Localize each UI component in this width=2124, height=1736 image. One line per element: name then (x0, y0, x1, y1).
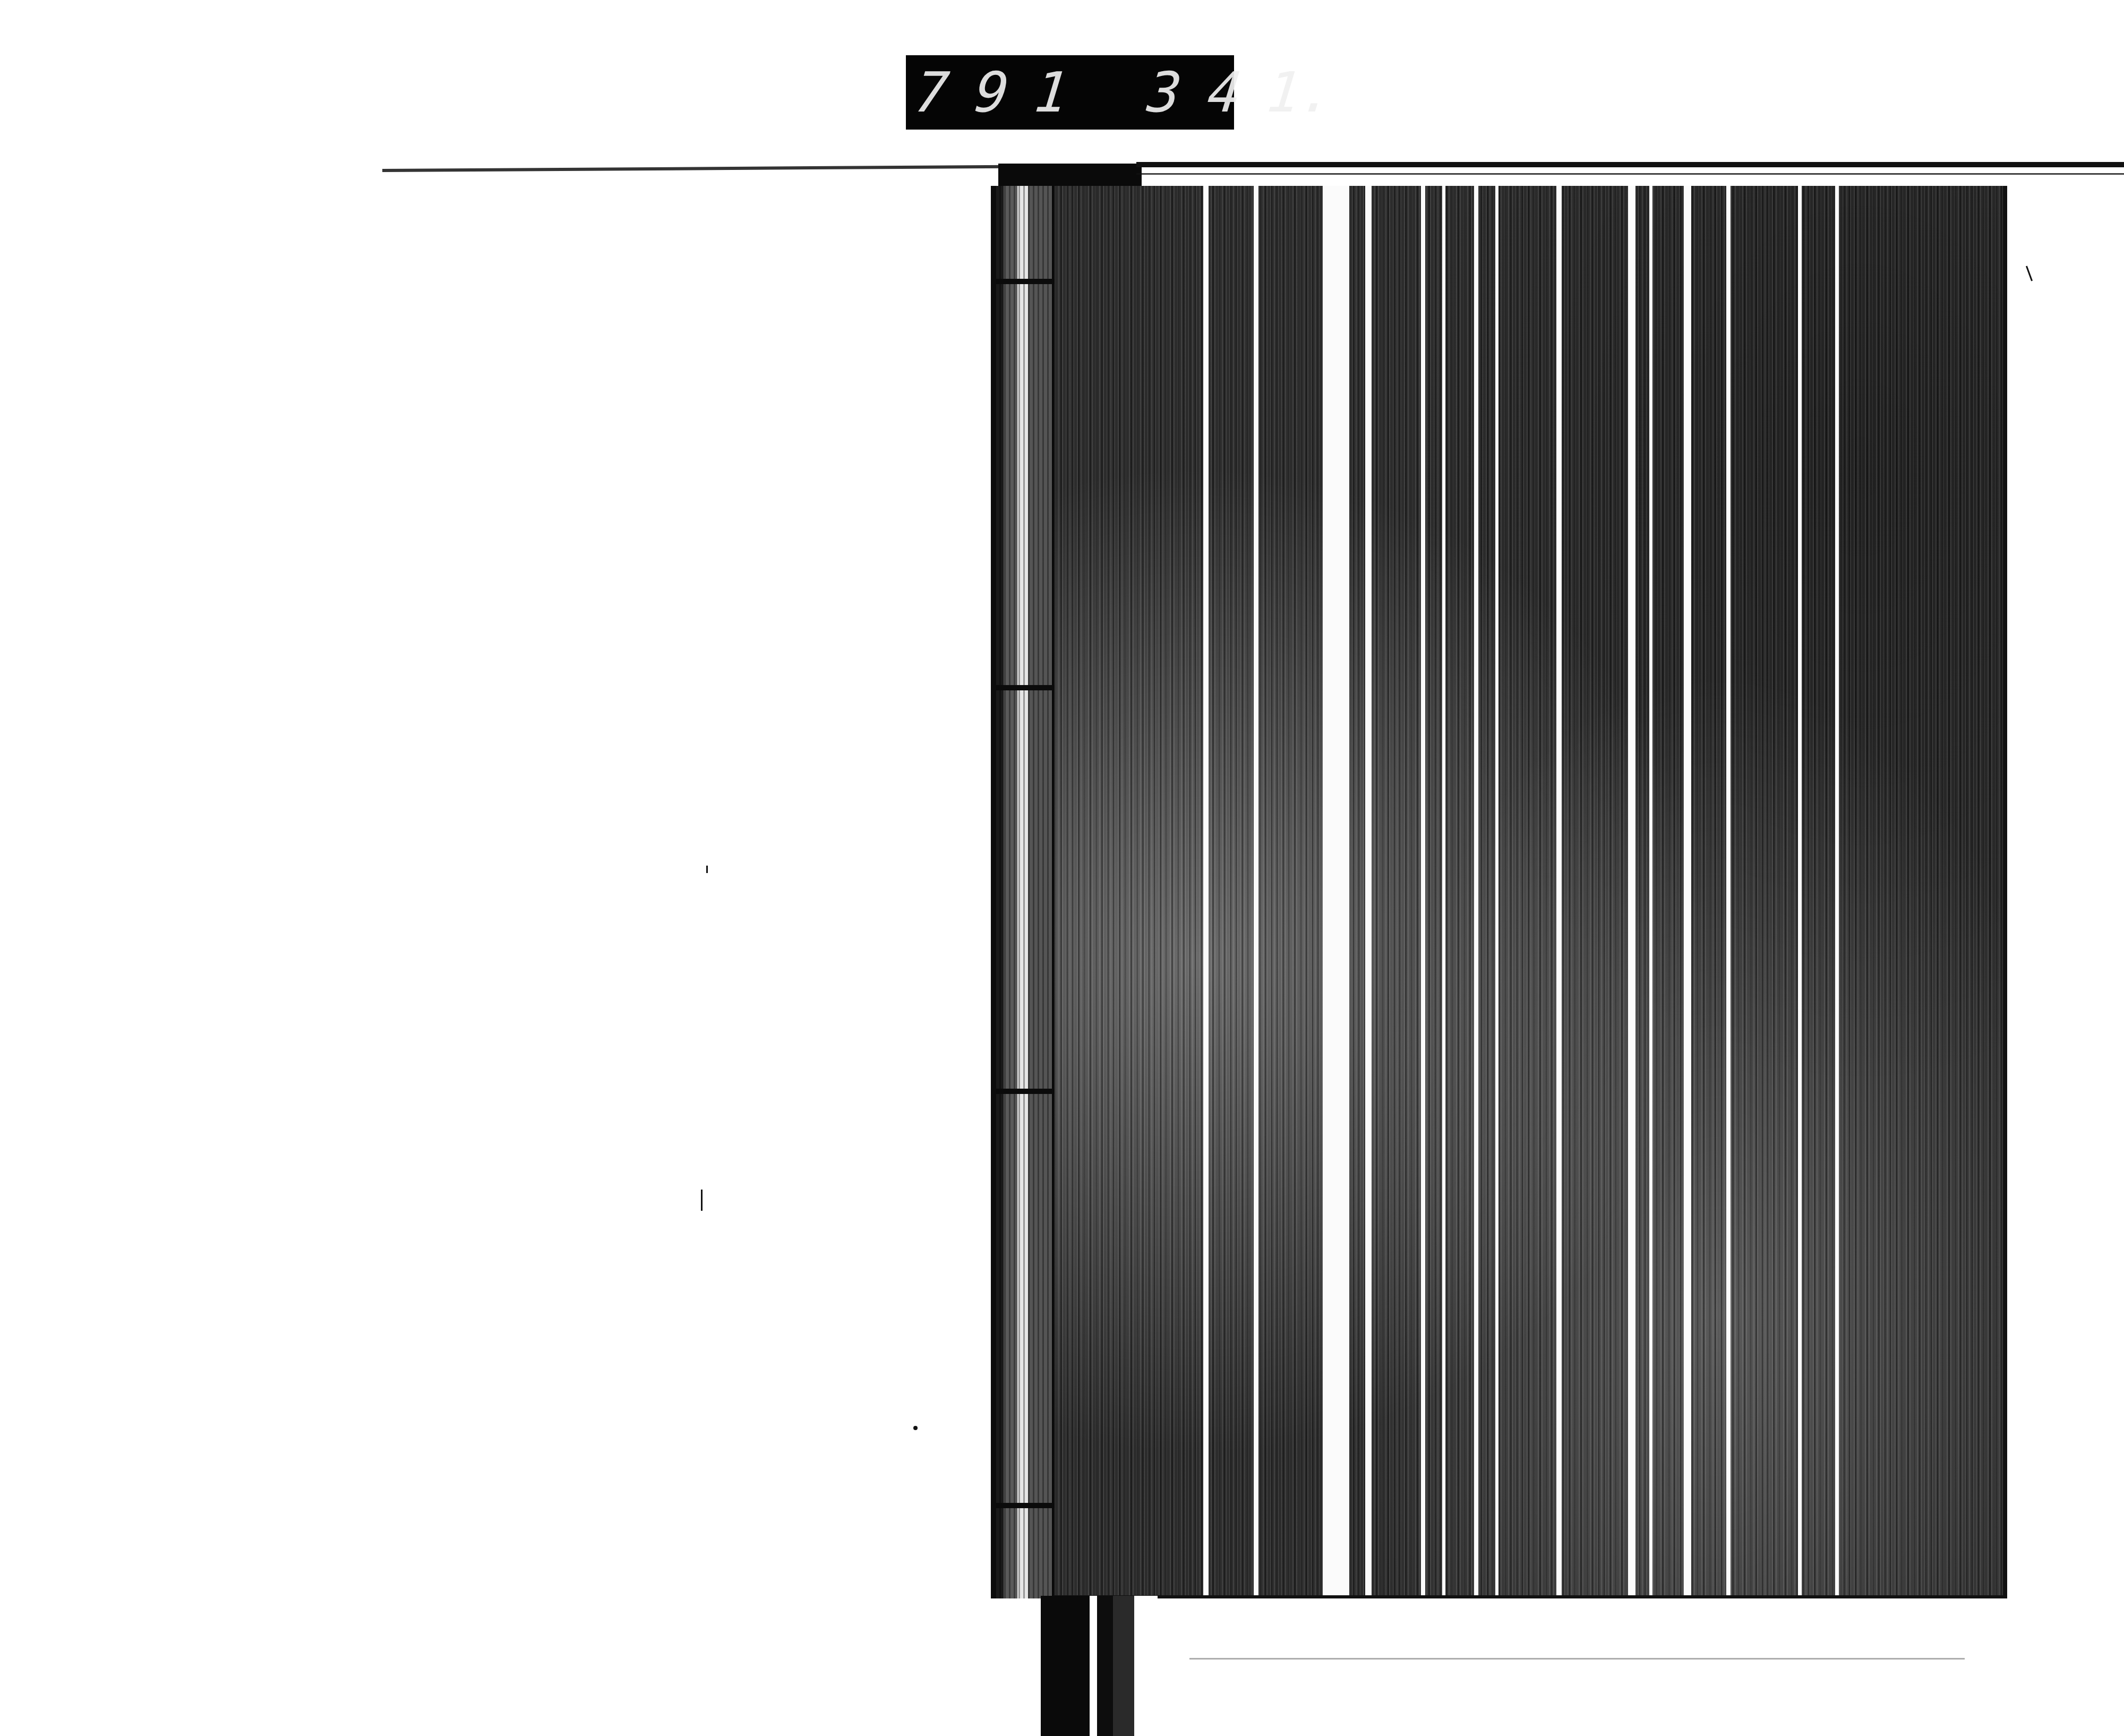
scan-edge-line-right-thin (1136, 173, 2124, 175)
cover-streak (1628, 186, 1635, 1595)
binding-stitch (996, 1089, 1060, 1094)
cover-streak (1835, 186, 1839, 1595)
scan-speck (913, 1426, 918, 1430)
book-spine (991, 186, 1055, 1598)
cover-streak (1203, 186, 1209, 1595)
book-top-edge-shadow (998, 164, 1142, 189)
catalog-number-part-1: 7 9 1 (915, 65, 1068, 120)
cover-streak (1474, 186, 1478, 1595)
cover-streak (1365, 186, 1372, 1595)
cover-streak (1556, 186, 1562, 1595)
scan-speck (701, 1190, 703, 1211)
scan-baseline (1189, 1658, 1965, 1660)
book (991, 186, 2007, 1598)
binding-stitch (996, 279, 1060, 284)
binding-stitch (996, 1503, 1060, 1508)
label-digit: 4 (1205, 65, 1244, 120)
catalog-number-part-2: 3 4 1. (1148, 65, 1334, 120)
binding-stitch (996, 685, 1060, 690)
label-digit: 1. (1265, 65, 1337, 120)
cover-streak (1649, 186, 1652, 1595)
page-block-bottom (1041, 1596, 1158, 1736)
cover-streak (1684, 186, 1691, 1595)
label-digit: 1 (1032, 65, 1072, 120)
cover-streak (1726, 186, 1731, 1595)
cover-streak (1323, 186, 1349, 1595)
label-digit: 9 (972, 65, 1012, 120)
cover-streak (1495, 186, 1498, 1595)
book-cover (1055, 186, 2007, 1598)
scan-speck (706, 866, 708, 873)
catalog-number-label: 7 9 1 3 4 1. (906, 55, 1234, 130)
cover-streak (1442, 186, 1445, 1595)
cover-streak (1254, 186, 1258, 1595)
cover-streak (1421, 186, 1425, 1595)
label-digit: 3 (1145, 65, 1184, 120)
scan-edge-line-right (1136, 162, 2124, 167)
scan-edge-line-left (382, 165, 1009, 172)
cover-streak (1798, 186, 1802, 1595)
label-digit: 7 (913, 65, 952, 120)
scan-speck (2026, 266, 2033, 281)
